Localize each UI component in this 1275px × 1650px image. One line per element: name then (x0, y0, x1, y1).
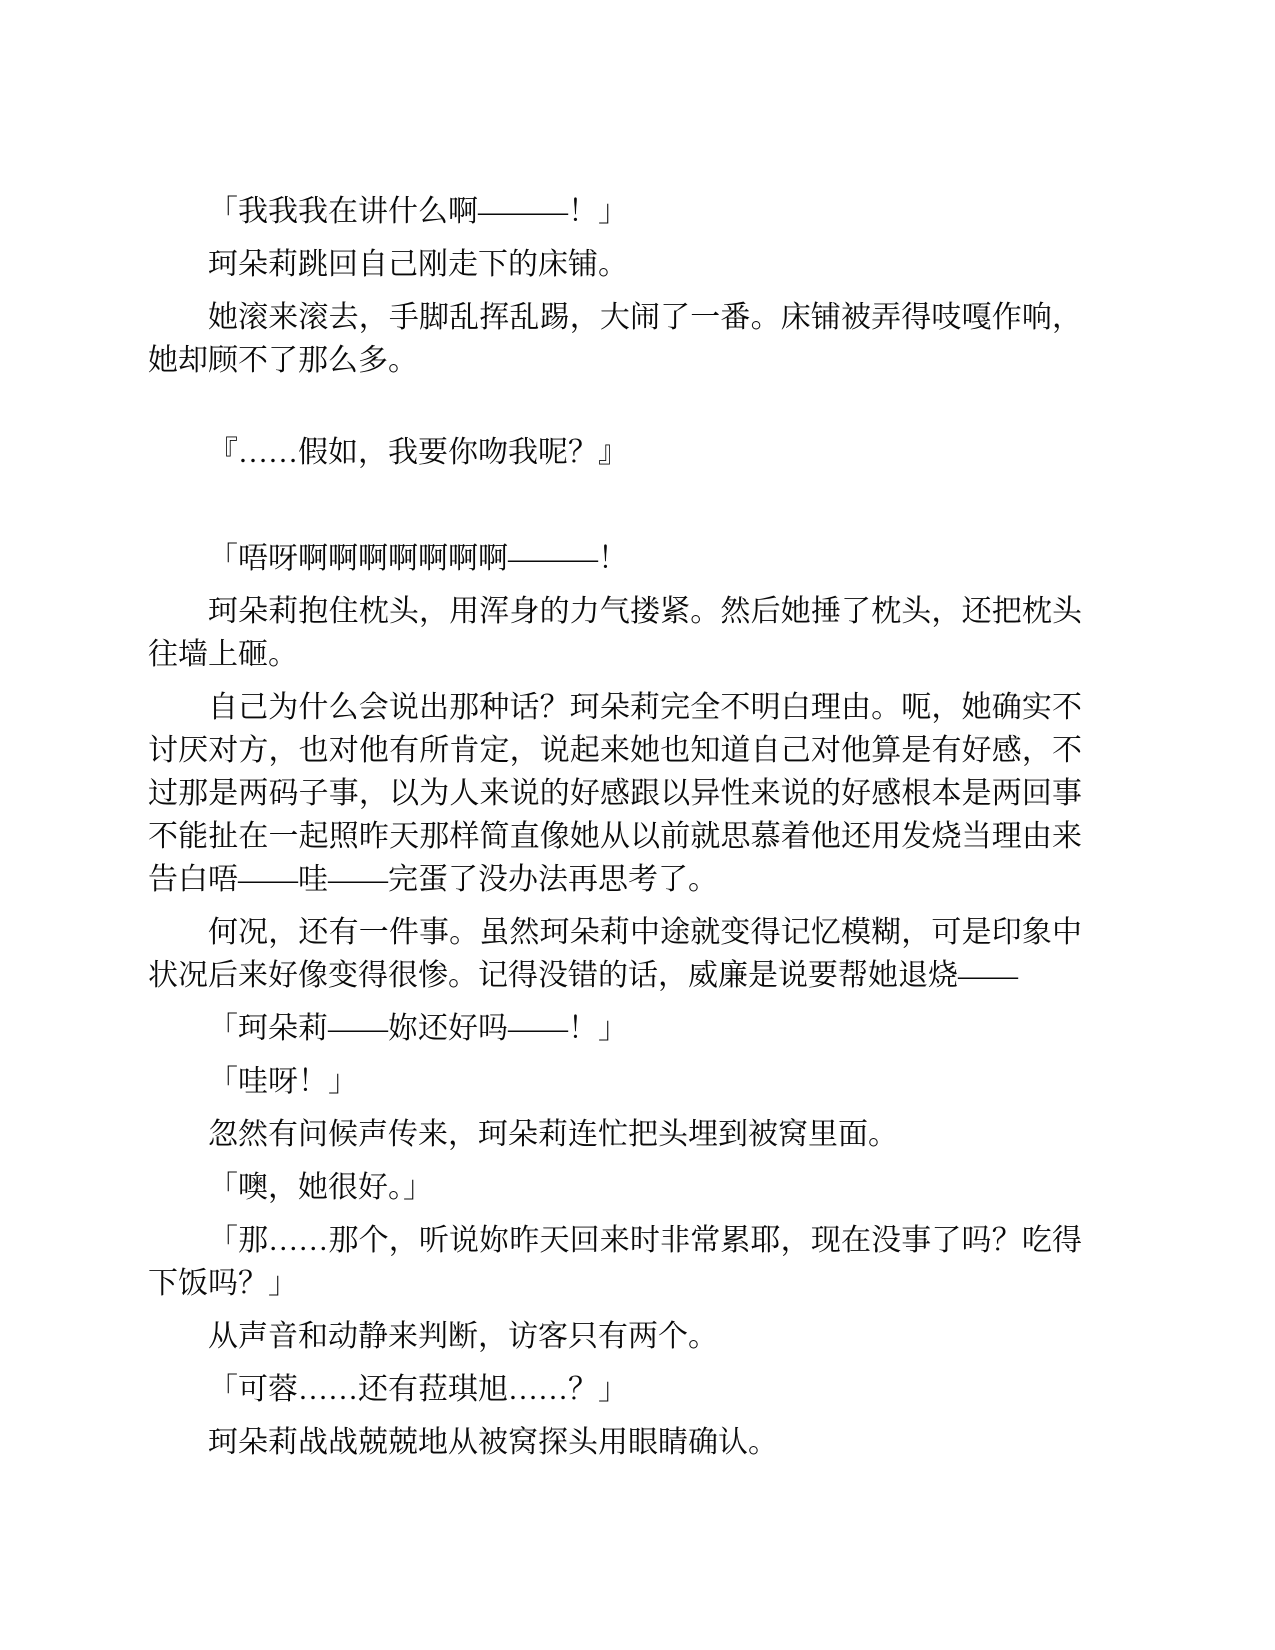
narration-paragraph: 珂朵莉跳回自己刚走下的床铺。 (148, 243, 1082, 286)
dialogue-line: 「珂朵莉——妳还好吗——！」 (148, 1007, 1082, 1050)
narration-paragraph: 何况，还有一件事。虽然珂朵莉中途就变得记忆模糊，可是印象中状况后来好像变得很惨。… (148, 911, 1082, 997)
novel-page: 「我我我在讲什么啊———！」 珂朵莉跳回自己刚走下的床铺。 她滚来滚去，手脚乱挥… (0, 0, 1275, 1650)
narration-paragraph: 珂朵莉战战兢兢地从被窝探头用眼睛确认。 (148, 1421, 1082, 1464)
text-block: 「我我我在讲什么啊———！」 珂朵莉跳回自己刚走下的床铺。 她滚来滚去，手脚乱挥… (148, 190, 1082, 1474)
narration-paragraph: 自己为什么会说出那种话？珂朵莉完全不明白理由。呃，她确实不讨厌对方，也对他有所肯… (148, 686, 1082, 901)
dialogue-line: 「唔呀啊啊啊啊啊啊啊———！ (148, 537, 1082, 580)
narration-paragraph: 忽然有问候声传来，珂朵莉连忙把头埋到被窝里面。 (148, 1113, 1082, 1156)
dialogue-line: 「那……那个，听说妳昨天回来时非常累耶，现在没事了吗？吃得下饭吗？」 (148, 1219, 1082, 1305)
dialogue-line: 「可蓉……还有菈琪旭……？」 (148, 1368, 1082, 1411)
dialogue-line: 「噢，她很好。」 (148, 1166, 1082, 1209)
dialogue-line: 「我我我在讲什么啊———！」 (148, 190, 1082, 233)
narration-paragraph: 从声音和动静来判断，访客只有两个。 (148, 1315, 1082, 1358)
dialogue-line: 「哇呀！」 (148, 1060, 1082, 1103)
narration-paragraph: 她滚来滚去，手脚乱挥乱踢，大闹了一番。床铺被弄得吱嘎作响，她却顾不了那么多。 (148, 296, 1082, 382)
narration-paragraph: 珂朵莉抱住枕头，用浑身的力气搂紧。然后她捶了枕头，还把枕头往墙上砸。 (148, 590, 1082, 676)
flashback-quote-line: 『……假如，我要你吻我呢？』 (148, 431, 1082, 474)
